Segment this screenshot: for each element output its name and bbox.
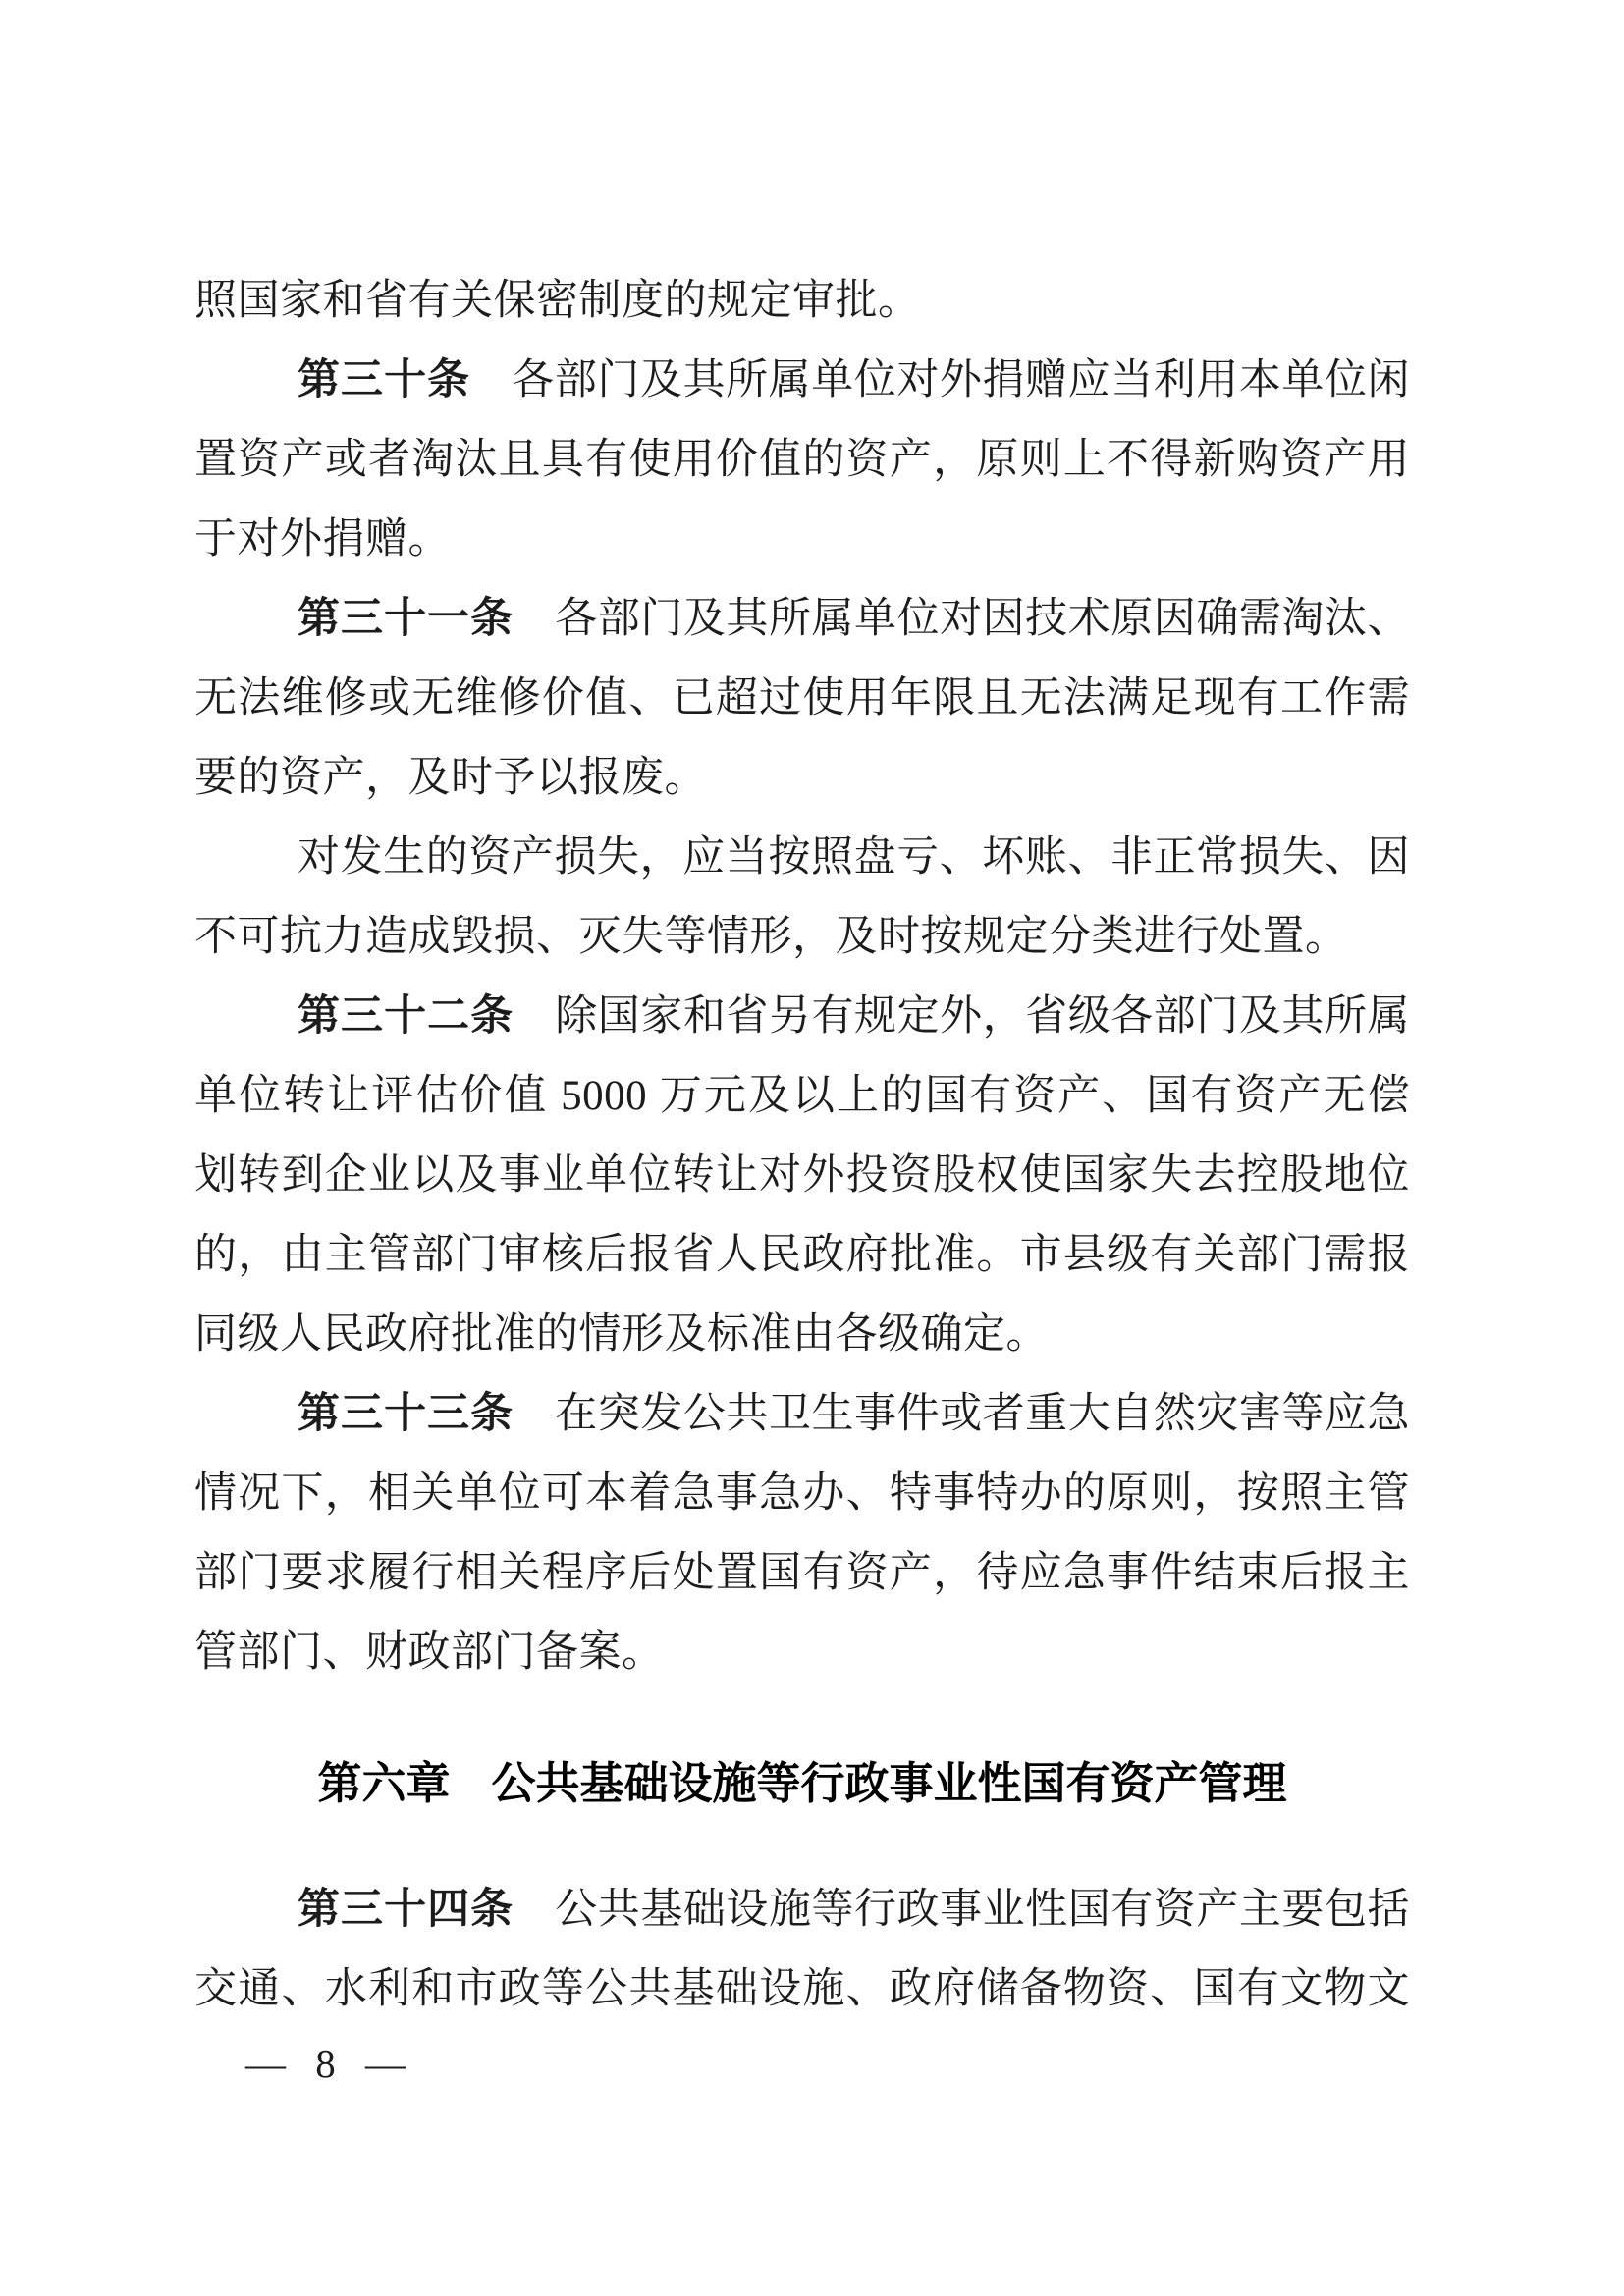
article-34-number: 第三十四条 — [298, 1886, 514, 1933]
article-33-number: 第三十三条 — [298, 1390, 514, 1437]
article-33-text: 在突发公共卫生事件或者重大自然灾害等应急 — [555, 1391, 1410, 1437]
article-number-gap — [514, 1426, 555, 1427]
text-line-continuation: 照国家和省有关保密制度的规定审批。 — [194, 261, 1410, 341]
paragraph-first-line: 对发生的资产损失，应当按照盘亏、坏账、非正常损失、因 — [194, 818, 1410, 897]
text-line: 于对外捐赠。 — [194, 500, 1410, 579]
text-line: 要的资产，及时予以报废。 — [194, 738, 1410, 818]
text-line: 情况下，相关单位可本着急事急办、特事特办的原则，按照主管 — [194, 1454, 1410, 1533]
text-line: 同级人民政府批准的情形及标准由各级确定。 — [194, 1295, 1410, 1374]
article-number-gap — [514, 1922, 555, 1923]
article-30-text: 各部门及其所属单位对外捐赠应当利用本单位闲 — [512, 357, 1410, 403]
chapter-heading-gap — [451, 1797, 492, 1798]
chapter-6-heading: 第六章公共基础设施等行政事业性国有资产管理 — [194, 1743, 1410, 1823]
article-30-number: 第三十条 — [298, 356, 470, 403]
chapter-number: 第六章 — [317, 1758, 450, 1808]
article-32-first-line: 第三十二条除国家和省另有规定外，省级各部门及其所属 — [194, 977, 1410, 1056]
article-34-text: 公共基础设施等行政事业性国有资产主要包括 — [555, 1887, 1410, 1933]
text-line: 不可抗力造成毁损、灭失等情形，及时按规定分类进行处置。 — [194, 897, 1410, 977]
document-page: 照国家和省有关保密制度的规定审批。 第三十条各部门及其所属单位对外捐赠应当利用本… — [0, 0, 1624, 2296]
text-line: 单位转让评估价值 5000 万元及以上的国有资产、国有资产无偿 — [194, 1056, 1410, 1136]
document-content: 照国家和省有关保密制度的规定审批。 第三十条各部门及其所属单位对外捐赠应当利用本… — [0, 0, 1624, 2088]
article-30-first-line: 第三十条各部门及其所属单位对外捐赠应当利用本单位闲 — [194, 341, 1410, 420]
article-34-first-line: 第三十四条公共基础设施等行政事业性国有资产主要包括 — [194, 1870, 1410, 1949]
article-31-number: 第三十一条 — [298, 595, 514, 642]
chapter-title: 公共基础设施等行政事业性国有资产管理 — [492, 1758, 1287, 1808]
article-32-number: 第三十二条 — [298, 992, 514, 1040]
page-number: — 8 — — [245, 2039, 1410, 2088]
article-33-first-line: 第三十三条在突发公共卫生事件或者重大自然灾害等应急 — [194, 1374, 1410, 1454]
text-line: 管部门、财政部门备案。 — [194, 1613, 1410, 1692]
text-line: 无法维修或无维修价值、已超过使用年限且无法满足现有工作需 — [194, 659, 1410, 738]
article-31-text: 各部门及其所属单位对因技术原因确需淘汰、 — [555, 596, 1410, 642]
article-number-gap — [470, 393, 512, 394]
article-32-text: 除国家和省另有规定外，省级各部门及其所属 — [555, 993, 1410, 1040]
text-line: 部门要求履行相关程序后处置国有资产，待应急事件结束后报主 — [194, 1533, 1410, 1613]
text-line: 置资产或者淘汰且具有使用价值的资产，原则上不得新购资产用 — [194, 420, 1410, 500]
text-line: 划转到企业以及事业单位转让对外投资股权使国家失去控股地位 — [194, 1136, 1410, 1215]
text-line: 交通、水利和市政等公共基础设施、政府储备物资、国有文物文 — [194, 1949, 1410, 2029]
article-number-gap — [514, 1029, 555, 1030]
text-line: 的，由主管部门审核后报省人民政府批准。市县级有关部门需报 — [194, 1215, 1410, 1295]
article-31-first-line: 第三十一条各部门及其所属单位对因技术原因确需淘汰、 — [194, 579, 1410, 659]
article-number-gap — [514, 631, 555, 632]
